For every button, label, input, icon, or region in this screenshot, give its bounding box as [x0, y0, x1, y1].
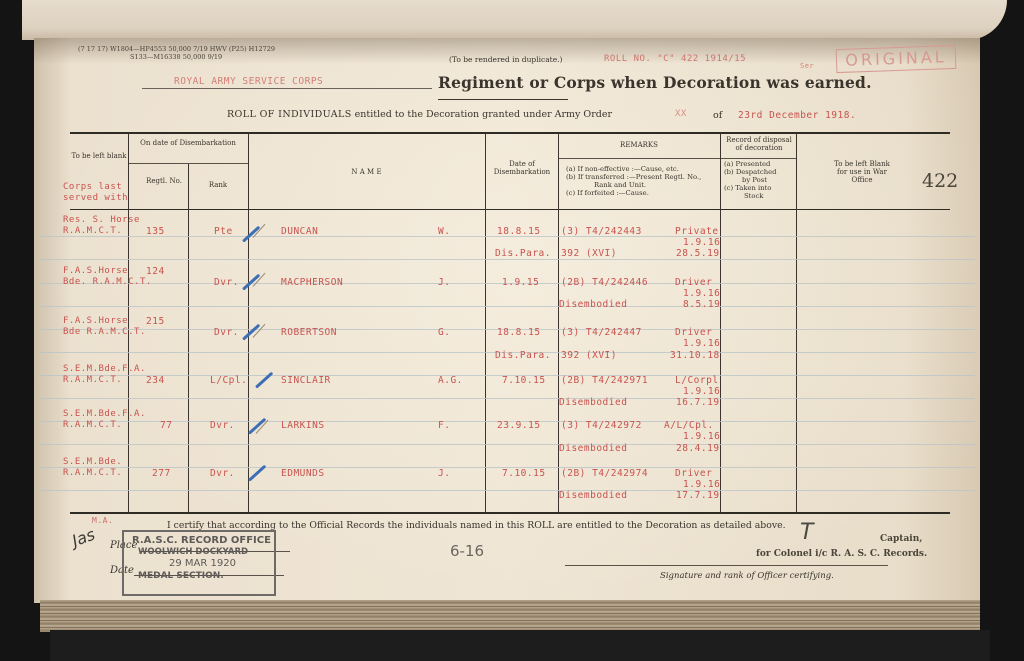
officer-signature: T: [800, 520, 813, 545]
remark-cause-date: 28.5.19: [676, 248, 720, 259]
table-top-border: [70, 132, 950, 134]
header-on-date: On date of Disembarkation: [140, 139, 236, 147]
remark-cause-date: 28.4.19: [676, 443, 720, 454]
rank: Dvr.: [214, 327, 239, 338]
remark-new-rank: A/L/Cpl.: [664, 420, 714, 431]
regtl-no: 277: [152, 468, 171, 479]
book-page-edges: [40, 600, 980, 632]
regiment-label: Regiment or Corps when Decoration was ea…: [438, 73, 872, 92]
remark-transfer: (3) T4/242447: [561, 327, 642, 338]
surname: SINCLAIR: [281, 375, 331, 386]
header-corps-last-served: Corps last served with: [63, 182, 128, 204]
colonel-records: for Colonel i/c R. A. S. C. Records.: [756, 549, 927, 559]
remark-transfer-date: 1.9.16: [683, 479, 720, 490]
initials: A.G.: [438, 375, 463, 386]
remark-cause: Disembodied: [559, 299, 627, 310]
disembark-note: Dis.Para.: [495, 350, 551, 361]
book-base: [50, 630, 990, 661]
form-code-line-2: S133—M16338 50,000 9/19: [130, 53, 222, 61]
remark-new-rank: L/Corpl: [675, 375, 719, 386]
remark-transfer-date: 1.9.16: [683, 338, 720, 349]
disembark-date: 23.9.15: [497, 420, 541, 431]
regiment-value: ROYAL ARMY SERVICE CORPS: [174, 76, 323, 87]
disembark-date: 18.8.15: [497, 327, 541, 338]
roll-title-prefix: ROLL OF INDIVIDUALS: [227, 109, 352, 120]
roll-title-text: entitled to the Decoration granted under…: [355, 109, 612, 120]
remark-transfer-date: 1.9.16: [683, 386, 720, 397]
roll-suffix: Ser: [800, 62, 814, 70]
army-order-number: XX: [675, 109, 687, 119]
remark-cause-date: 16.7.19: [676, 397, 720, 408]
surname: LARKINS: [281, 420, 325, 431]
remark-cause: Disembodied: [559, 443, 627, 454]
remark-cause: Disembodied: [559, 490, 627, 501]
disembark-note: Dis.Para.: [495, 248, 551, 259]
rank: Dvr.: [210, 468, 235, 479]
surname: MACPHERSON: [281, 277, 343, 288]
table-bottom-border: [70, 512, 950, 514]
initials: F.: [438, 420, 450, 431]
remark-cause: 392 (XVI): [561, 350, 617, 361]
surname: ROBERTSON: [281, 327, 337, 338]
rank: Dvr.: [214, 277, 239, 288]
remark-cause-date: 31.10.18: [670, 350, 720, 361]
initials: J.: [438, 277, 450, 288]
remark-transfer: (2B) T4/242971: [561, 375, 648, 386]
header-left-blank: To be left blank: [70, 152, 128, 160]
regtl-no: 234: [146, 375, 165, 386]
regtl-no: 135: [146, 226, 165, 237]
roll-title-of: of: [713, 110, 722, 121]
remark-cause: Disembodied: [559, 397, 627, 408]
record-office-stamp: R.A.S.C. RECORD OFFICE WOOLWICH DOCKYARD…: [122, 530, 276, 596]
regtl-no: 215: [146, 316, 165, 327]
folded-page-edge: [22, 0, 1007, 40]
remark-transfer: (2B) T4/242974: [561, 468, 648, 479]
header-record-options: (a) Presented (b) Despatched by Post (c)…: [724, 160, 776, 200]
regtl-no: 77: [160, 420, 172, 431]
remark-cause-date: 8.5.19: [683, 299, 720, 310]
rank: Dvr.: [210, 420, 235, 431]
disembark-date: 1.9.15: [502, 277, 539, 288]
duplicate-note: (To be rendered in duplicate.): [449, 55, 562, 64]
remark-transfer: (3) T4/242443: [561, 226, 642, 237]
header-regtl-no: Regtl. No.: [140, 177, 188, 185]
initials: G.: [438, 327, 450, 338]
header-remarks: REMARKS: [558, 141, 720, 149]
ma-note: M.A.: [92, 516, 113, 525]
original-stamp: ORIGINAL: [836, 45, 957, 73]
rank: Pte: [214, 226, 233, 237]
remark-transfer-date: 1.9.16: [683, 431, 720, 442]
remark-new-rank: Private: [675, 226, 719, 237]
remark-new-rank: Driver: [675, 468, 712, 479]
signature-caption: Signature and rank of Officer certifying…: [660, 571, 834, 581]
remark-transfer-date: 1.9.16: [683, 237, 720, 248]
remark-cause: 392 (XVI): [561, 248, 617, 259]
header-record-disposal: Record of disposal of decoration: [722, 136, 796, 152]
army-order-date: 23rd December 1918.: [738, 110, 856, 121]
ledger-page: [34, 38, 980, 603]
surname: EDMUNDS: [281, 468, 325, 479]
disembark-date: 7.10.15: [502, 375, 546, 386]
remark-cause-date: 17.7.19: [676, 490, 720, 501]
disembark-date: 18.8.15: [497, 226, 541, 237]
remark-new-rank: Driver: [675, 327, 712, 338]
roll-title: ROLL OF INDIVIDUALS entitled to the Deco…: [227, 109, 612, 120]
header-war-office: To be left Blank for use in War Office: [830, 160, 894, 184]
rank: L/Cpl.: [210, 375, 247, 386]
disembark-date: 7.10.15: [502, 468, 546, 479]
header-date-disembarkation: Date of Disembarkation: [488, 160, 556, 176]
table-header-border: [70, 209, 950, 210]
remark-transfer: (2B) T4/242446: [561, 277, 648, 288]
remark-transfer: (3) T4/242972: [561, 420, 642, 431]
pencil-note: 6-16: [450, 542, 484, 560]
captain-rank: Captain,: [880, 534, 922, 544]
initials: J.: [438, 468, 450, 479]
initials: W.: [438, 226, 450, 237]
regtl-no: 124: [146, 266, 165, 277]
header-remarks-detail: (a) If non-effective :—Cause, etc. (b) I…: [566, 165, 701, 197]
remark-new-rank: Driver: [675, 277, 712, 288]
header-name: N A M E: [248, 168, 485, 176]
remark-transfer-date: 1.9.16: [683, 288, 720, 299]
page-number: 422: [922, 170, 958, 192]
header-rank: Rank: [188, 181, 248, 189]
form-code-line-1: (7 17 17) W1804—HP4553 50,000 7/19 HWV (…: [78, 45, 275, 53]
surname: DUNCAN: [281, 226, 318, 237]
roll-number: ROLL NO. "C" 422 1914/15: [604, 54, 746, 64]
